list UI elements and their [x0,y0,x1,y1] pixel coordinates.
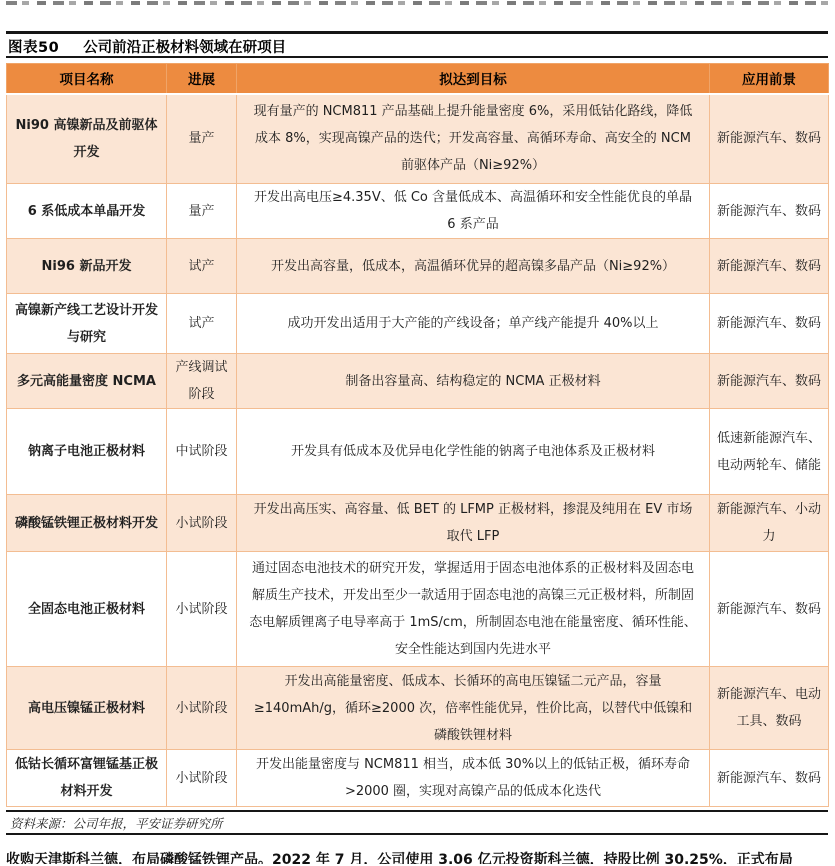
project-name-cell: 全固态电池正极材料 [7,552,167,667]
clipped-text-top [6,1,828,5]
col-header-application: 应用前景 [710,64,829,94]
table-row: Ni90 高镍新品及前驱体开发量产现有量产的 NCM811 产品基础上提升能量密… [7,94,829,184]
table-row: 高电压镍锰正极材料小试阶段开发出高能量密度、低成本、长循环的高电压镍锰二元产品，… [7,667,829,750]
table-row: 高镍新产线工艺设计开发与研究试产成功开发出适用于大产能的产线设备；单产线产能提升… [7,294,829,354]
project-name-cell: 低钴长循环富锂锰基正极材料开发 [7,750,167,807]
progress-cell: 量产 [167,184,237,239]
source-note: 资料来源：公司年报，平安证券研究所 [6,812,828,833]
goal-cell: 通过固态电池技术的研究开发，掌握适用于固态电池体系的正极材料及固态电解质生产技术… [237,552,710,667]
goal-cell: 制备出容量高、结构稳定的 NCMA 正极材料 [237,354,710,409]
application-cell: 低速新能源汽车、电动两轮车、储能 [710,409,829,495]
header-row: 项目名称 进展 拟达到目标 应用前景 [7,64,829,94]
progress-cell: 试产 [167,294,237,354]
project-name-cell: Ni96 新品开发 [7,239,167,294]
project-name-cell: Ni90 高镍新品及前驱体开发 [7,94,167,184]
application-cell: 新能源汽车、数码 [710,552,829,667]
col-header-goal: 拟达到目标 [237,64,710,94]
table-row: 6 系低成本单晶开发量产开发出高电压≥4.35V、低 Co 含量低成本、高温循环… [7,184,829,239]
figure-title: 图表50 公司前沿正极材料领域在研项目 [6,34,828,56]
report-page: 图表50 公司前沿正极材料领域在研项目 项目名称 进展 拟达到目标 应用前景 N… [0,0,835,866]
goal-cell: 开发具有低成本及优异电化学性能的钠离子电池体系及正极材料 [237,409,710,495]
goal-cell: 开发出能量密度与 NCM811 相当，成本低 30%以上的低钴正极，循环寿命>2… [237,750,710,807]
figure-name: 公司前沿正极材料领域在研项目 [83,36,286,57]
table-row: 磷酸锰铁锂正极材料开发小试阶段开发出高压实、高容量、低 BET 的 LFMP 正… [7,495,829,552]
application-cell: 新能源汽车、数码 [710,239,829,294]
project-name-cell: 高镍新产线工艺设计开发与研究 [7,294,167,354]
application-cell: 新能源汽车、数码 [710,184,829,239]
progress-cell: 中试阶段 [167,409,237,495]
col-header-project-name: 项目名称 [7,64,167,94]
progress-cell: 量产 [167,94,237,184]
table-row: 钠离子电池正极材料中试阶段开发具有低成本及优异电化学性能的钠离子电池体系及正极材… [7,409,829,495]
clipped-text-bottom: 收购天津斯科兰德，布局磷酸锰铁锂产品。2022 年 7 月，公司使用 3.06 … [6,851,828,864]
project-name-cell: 多元高能量密度 NCMA [7,354,167,409]
table-row: Ni96 新品开发试产开发出高容量，低成本，高温循环优异的超高镍多晶产品（Ni≥… [7,239,829,294]
table-body: Ni90 高镍新品及前驱体开发量产现有量产的 NCM811 产品基础上提升能量密… [7,94,829,807]
table-row: 低钴长循环富锂锰基正极材料开发小试阶段开发出能量密度与 NCM811 相当，成本… [7,750,829,807]
project-name-cell: 钠离子电池正极材料 [7,409,167,495]
goal-cell: 现有量产的 NCM811 产品基础上提升能量密度 6%，采用低钴化路线，降低成本… [237,94,710,184]
progress-cell: 小试阶段 [167,552,237,667]
progress-cell: 小试阶段 [167,495,237,552]
progress-cell: 产线调试阶段 [167,354,237,409]
goal-cell: 开发出高能量密度、低成本、长循环的高电压镍锰二元产品，容量≥140mAh/g，循… [237,667,710,750]
goal-cell: 开发出高容量，低成本，高温循环优异的超高镍多晶产品（Ni≥92%） [237,239,710,294]
application-cell: 新能源汽车、小动力 [710,495,829,552]
project-name-cell: 磷酸锰铁锂正极材料开发 [7,495,167,552]
application-cell: 新能源汽车、数码 [710,94,829,184]
application-cell: 新能源汽车、电动工具、数码 [710,667,829,750]
footer-bottom-rule [6,833,828,835]
application-cell: 新能源汽车、数码 [710,294,829,354]
progress-cell: 小试阶段 [167,750,237,807]
project-name-cell: 6 系低成本单晶开发 [7,184,167,239]
progress-cell: 试产 [167,239,237,294]
table-row: 多元高能量密度 NCMA产线调试阶段制备出容量高、结构稳定的 NCMA 正极材料… [7,354,829,409]
application-cell: 新能源汽车、数码 [710,750,829,807]
application-cell: 新能源汽车、数码 [710,354,829,409]
project-name-cell: 高电压镍锰正极材料 [7,667,167,750]
progress-cell: 小试阶段 [167,667,237,750]
figure-label: 图表50 [8,36,59,57]
table-row: 全固态电池正极材料小试阶段通过固态电池技术的研究开发，掌握适用于固态电池体系的正… [7,552,829,667]
col-header-progress: 进展 [167,64,237,94]
research-projects-table: 项目名称 进展 拟达到目标 应用前景 Ni90 高镍新品及前驱体开发量产现有量产… [6,63,829,807]
goal-cell: 开发出高压实、高容量、低 BET 的 LFMP 正极材料，掺混及纯用在 EV 市… [237,495,710,552]
goal-cell: 成功开发出适用于大产能的产线设备；单产线产能提升 40%以上 [237,294,710,354]
goal-cell: 开发出高电压≥4.35V、低 Co 含量低成本、高温循环和安全性能优良的单晶 6… [237,184,710,239]
